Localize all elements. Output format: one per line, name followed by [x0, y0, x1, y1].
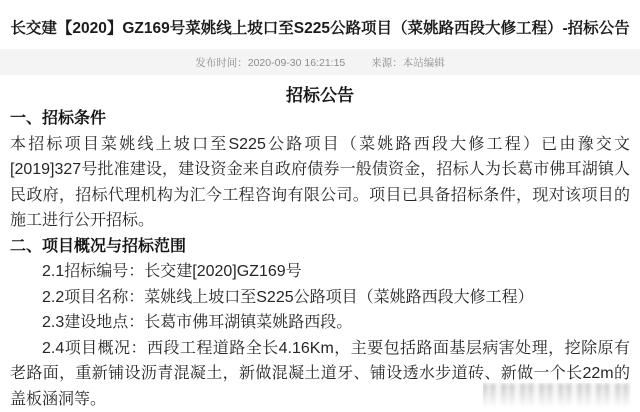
tender-announcement-page: 长交建【2020】GZ169号菜姚线上坡口至S225公路项目（菜姚路西段大修工程…: [0, 0, 640, 412]
publish-time-label: 发布时间：: [195, 57, 248, 69]
page-title: 长交建【2020】GZ169号菜姚线上坡口至S225公路项目（菜姚路西段大修工程…: [0, 0, 640, 49]
section-2-heading: 二、项目概况与招标范围: [10, 234, 630, 260]
publish-time-value: 2020-09-30 16:21:15: [248, 57, 346, 69]
item-project-name: 2.2项目名称：菜姚线上坡口至S225公路项目（菜姚路西段大修工程）: [10, 285, 630, 311]
source-label: 来源：: [371, 57, 403, 69]
section-1-heading: 一、招标条件: [10, 106, 630, 132]
source: 来源：本站编辑: [371, 55, 445, 70]
item-construction-site: 2.3建设地点：长葛市佛耳湖镇菜姚路西段。: [10, 310, 630, 336]
item-tender-number: 2.1招标编号：长交建[2020]GZ169号: [10, 259, 630, 285]
document-heading: 招标公告: [0, 86, 640, 106]
source-value: 本站编辑: [403, 57, 445, 69]
meta-bar: 发布时间：2020-09-30 16:21:15 来源：本站编辑: [0, 49, 640, 75]
publish-time: 发布时间：2020-09-30 16:21:15: [195, 55, 345, 70]
item-project-overview: 2.4项目概况：西段工程道路全长4.16Km，主要包括路面基层病害处理，挖除原有…: [10, 336, 630, 412]
document-body: 一、招标条件 本招标项目菜姚线上坡口至S225公路项目（菜姚路西段大修工程）已由…: [0, 106, 640, 412]
tender-conditions-paragraph: 本招标项目菜姚线上坡口至S225公路项目（菜姚路西段大修工程）已由豫交文[201…: [10, 132, 630, 234]
